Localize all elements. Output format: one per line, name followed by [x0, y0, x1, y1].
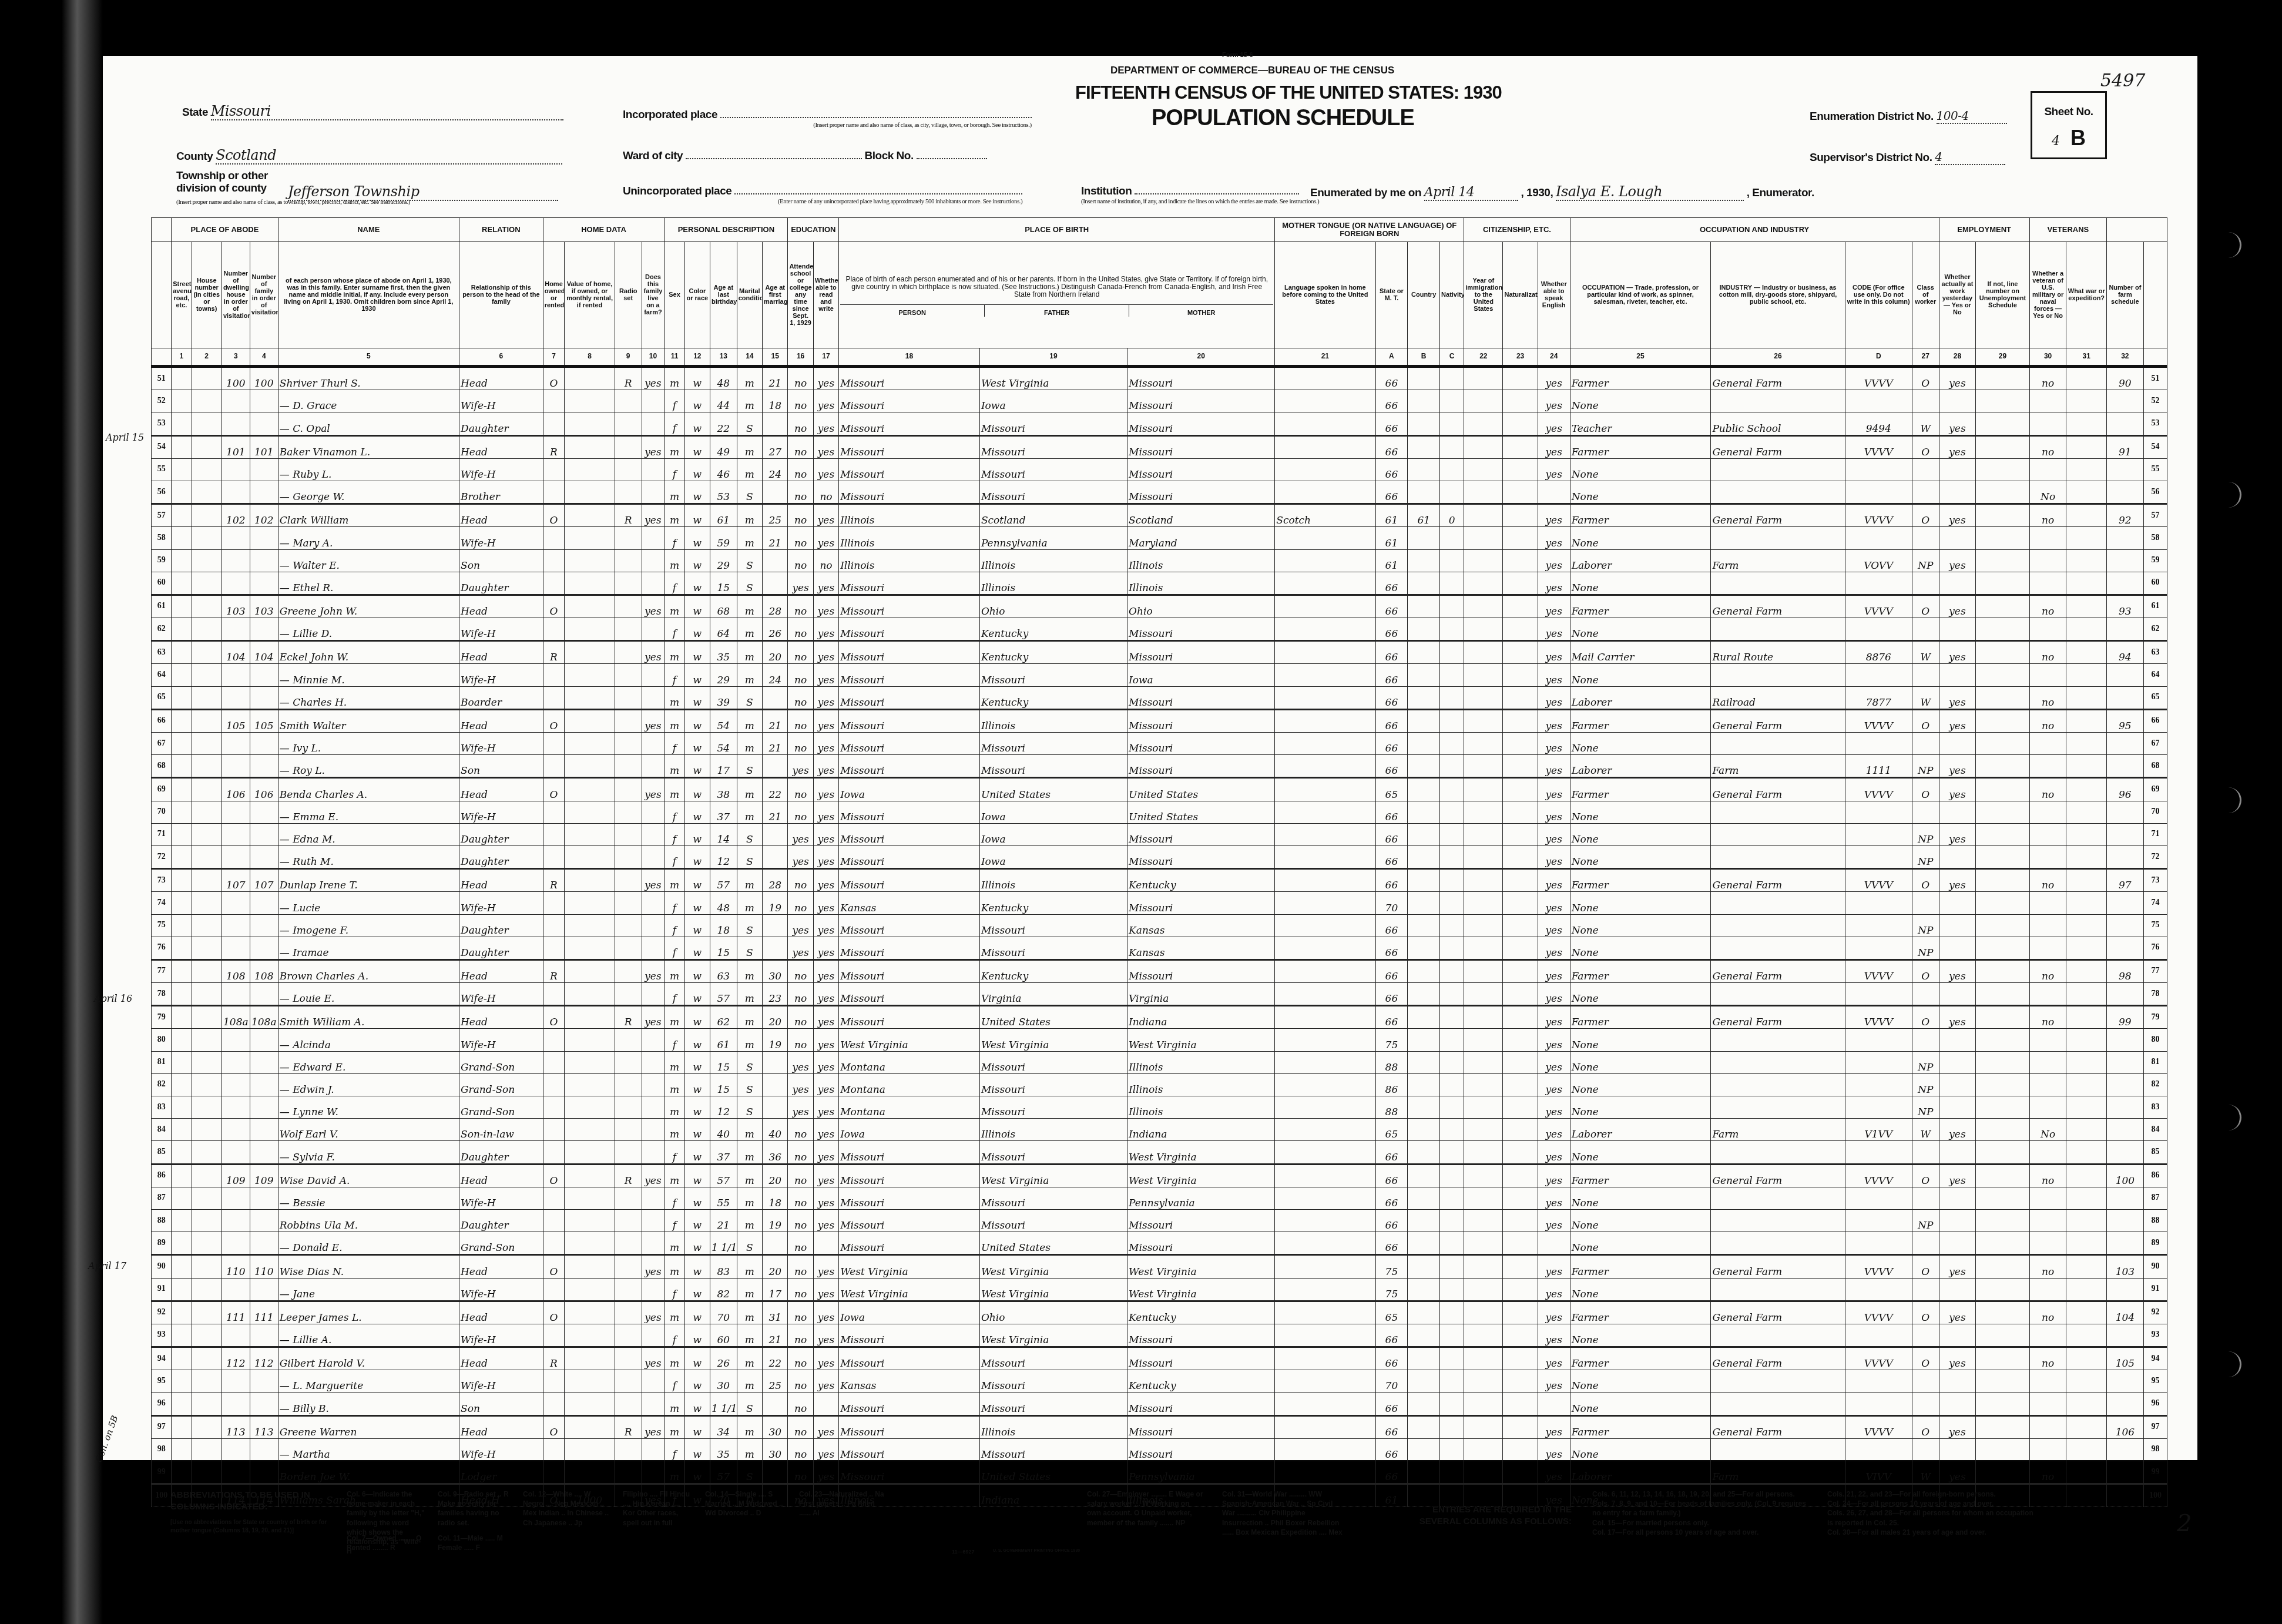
industry-cell — [1711, 1096, 1845, 1119]
school-cell: no — [788, 1370, 813, 1393]
sex-cell: m — [665, 481, 684, 504]
veteran-cell: no — [2029, 686, 2066, 709]
birthplace-father-cell: Missouri — [979, 1096, 1127, 1119]
birthplace-mother-cell: Missouri — [1127, 1415, 1275, 1438]
code-c-cell — [1440, 1278, 1464, 1301]
table-row: 73107107Dunlap Irene T.HeadRyesmw57m28no… — [152, 869, 2167, 892]
speak-english-cell: yes — [1538, 1051, 1570, 1073]
code-b-cell — [1408, 1484, 1440, 1507]
unemployment-line-cell — [1976, 937, 2029, 959]
marital-cell: m — [737, 1006, 762, 1029]
incorporated-field: Incorporated place (Insert proper name a… — [623, 109, 1032, 129]
school-cell: no — [788, 1119, 813, 1141]
family-number-cell: 100 — [250, 367, 278, 390]
home-value-cell — [565, 1438, 615, 1461]
birthplace-person-cell: Missouri — [839, 618, 980, 641]
veteran-cell: No — [2029, 1119, 2066, 1141]
line-number-right: 78 — [2143, 983, 2167, 1006]
code-a-cell: 66 — [1375, 367, 1408, 390]
class-of-worker-cell: NP — [1912, 549, 1939, 572]
war-cell — [2066, 1301, 2107, 1324]
naturalization-cell — [1503, 1415, 1538, 1438]
school-cell: yes — [788, 937, 813, 959]
family-number-cell — [250, 458, 278, 481]
farm-schedule-cell: 100 — [2106, 1164, 2143, 1187]
marital-cell: m — [737, 1415, 762, 1438]
birthplace-person-cell: Missouri — [839, 845, 980, 868]
code-c-cell — [1440, 686, 1464, 709]
at-work-cell: yes — [1939, 435, 1976, 458]
person-name-cell: Greene John W. — [278, 595, 459, 618]
unemployment-line-cell — [1976, 572, 2029, 595]
home-value-cell — [565, 367, 615, 390]
mother-tongue-cell — [1275, 892, 1375, 914]
immigration-year-cell — [1464, 892, 1503, 914]
birthplace-person-cell: Missouri — [839, 709, 980, 732]
home-owned-cell — [543, 1141, 565, 1164]
entries-list-left: Cols. 6, 11, 12, 13, 14, 16, 18, 19, 20,… — [1592, 1489, 1815, 1537]
occupation-code-cell — [1845, 845, 1912, 868]
at-work-cell — [1939, 983, 1976, 1006]
marital-cell: m — [737, 709, 762, 732]
read-write-cell — [813, 1232, 838, 1255]
race-cell: w — [684, 481, 710, 504]
birthplace-mother-cell: Missouri — [1127, 412, 1275, 435]
read-write-cell: yes — [813, 641, 838, 664]
street-cell — [172, 1324, 192, 1347]
birthplace-person-cell: Missouri — [839, 390, 980, 412]
birthplace-father-cell: Missouri — [979, 937, 1127, 959]
read-write-cell: yes — [813, 1119, 838, 1141]
age-cell: 37 — [710, 1141, 737, 1164]
age-first-marriage-cell — [763, 481, 788, 504]
age-first-marriage-cell — [763, 686, 788, 709]
relation-cell: Wife-H — [459, 664, 543, 686]
veteran-cell — [2029, 801, 2066, 823]
occupation-cell: None — [1570, 618, 1711, 641]
school-cell: no — [788, 435, 813, 458]
industry-cell — [1711, 1232, 1845, 1255]
birth-note: Place of birth of each person enumerated… — [840, 273, 1273, 301]
naturalization-cell — [1503, 1370, 1538, 1393]
table-row: 97113113Greene WarrenHeadORyesmw34m30noy… — [152, 1415, 2167, 1438]
race-cell: w — [684, 1164, 710, 1187]
farm-schedule-cell: 97 — [2106, 869, 2143, 892]
read-write-cell: yes — [813, 959, 838, 982]
col-header-3: Number of dwelling house in order of vis… — [222, 242, 250, 348]
class-of-worker-cell: O — [1912, 1006, 1939, 1029]
age-first-marriage-cell: 30 — [763, 1415, 788, 1438]
farm-cell — [642, 1232, 665, 1255]
line-number-right: 94 — [2143, 1347, 2167, 1370]
line-number-right: 89 — [2143, 1232, 2167, 1255]
unemployment-line-cell — [1976, 778, 2029, 801]
street-cell — [172, 1438, 192, 1461]
industry-cell: General Farm — [1711, 1164, 1845, 1187]
at-work-cell: yes — [1939, 869, 1976, 892]
home-value-cell — [565, 458, 615, 481]
home-owned-cell — [543, 914, 565, 937]
race-cell: w — [684, 937, 710, 959]
home-owned-cell — [543, 1393, 565, 1415]
code-b-cell — [1408, 1393, 1440, 1415]
code-b-cell — [1408, 1051, 1440, 1073]
county-value: Scotland — [216, 147, 562, 165]
immigration-year-cell — [1464, 733, 1503, 755]
read-write-cell: yes — [813, 618, 838, 641]
person-name-cell: Greene Warren — [278, 1415, 459, 1438]
age-cell: 38 — [710, 778, 737, 801]
house-number-cell — [192, 1141, 222, 1164]
code-a-cell: 66 — [1375, 983, 1408, 1006]
person-name-cell: — Edward E. — [278, 1051, 459, 1073]
person-name-cell: — Ruth M. — [278, 845, 459, 868]
home-value-cell — [565, 1347, 615, 1370]
dwelling-number-cell — [222, 1029, 250, 1051]
occupation-cell: None — [1570, 481, 1711, 504]
line-number-right: 74 — [2143, 892, 2167, 914]
line-number-right: 83 — [2143, 1096, 2167, 1119]
race-cell: w — [684, 367, 710, 390]
relation-cell: Head — [459, 504, 543, 527]
school-cell: no — [788, 481, 813, 504]
occupation-code-cell: VVVV — [1845, 1006, 1912, 1029]
race-cell: w — [684, 458, 710, 481]
at-work-cell: yes — [1939, 1164, 1976, 1187]
table-row: 55— Ruby L.Wife-Hfw46m24noyesMissouriMis… — [152, 458, 2167, 481]
age-first-marriage-cell: 25 — [763, 1370, 788, 1393]
unemployment-line-cell — [1976, 390, 2029, 412]
person-name-cell: Leeper James L. — [278, 1301, 459, 1324]
table-row: 67— Ivy L.Wife-Hfw54m21noyesMissouriMiss… — [152, 733, 2167, 755]
relation-cell: Daughter — [459, 412, 543, 435]
immigration-year-cell — [1464, 1073, 1503, 1096]
birthplace-person-cell: Missouri — [839, 983, 980, 1006]
class-of-worker-cell: O — [1912, 367, 1939, 390]
birthplace-person-cell: Missouri — [839, 481, 980, 504]
speak-english-cell: yes — [1538, 390, 1570, 412]
department-title: DEPARTMENT OF COMMERCE—BUREAU OF THE CEN… — [1110, 65, 1394, 76]
veteran-cell: no — [2029, 869, 2066, 892]
immigration-year-cell — [1464, 914, 1503, 937]
family-number-cell — [250, 549, 278, 572]
line-number: 64 — [152, 664, 172, 686]
age-first-marriage-cell: 20 — [763, 1164, 788, 1187]
radio-cell: R — [615, 504, 642, 527]
immigration-year-cell — [1464, 412, 1503, 435]
code-a-cell: 66 — [1375, 733, 1408, 755]
person-name-cell: Wise Dias N. — [278, 1255, 459, 1278]
veteran-cell — [2029, 937, 2066, 959]
farm-cell — [642, 1141, 665, 1164]
punch-hole — [2227, 787, 2241, 813]
marital-cell: S — [737, 845, 762, 868]
family-number-cell — [250, 937, 278, 959]
code-c-cell — [1440, 618, 1464, 641]
school-cell: no — [788, 1255, 813, 1278]
birthplace-father-cell: Iowa — [979, 845, 1127, 868]
speak-english-cell: yes — [1538, 1484, 1570, 1507]
industry-cell: General Farm — [1711, 504, 1845, 527]
occupation-code-cell: 7877 — [1845, 686, 1912, 709]
table-row: 63104104Eckel John W.HeadRyesmw35m20noye… — [152, 641, 2167, 664]
speak-english-cell: yes — [1538, 1301, 1570, 1324]
line-number-right: 87 — [2143, 1187, 2167, 1209]
birthplace-father-cell: Illinois — [979, 1119, 1127, 1141]
unemployment-line-cell — [1976, 1006, 2029, 1029]
home-value-cell — [565, 983, 615, 1006]
person-name-cell: — Walter E. — [278, 549, 459, 572]
dwelling-number-cell: 105 — [222, 709, 250, 732]
birthplace-father-cell: Illinois — [979, 709, 1127, 732]
mother-tongue-cell — [1275, 1187, 1375, 1209]
line-number: 68 — [152, 755, 172, 778]
naturalization-cell — [1503, 983, 1538, 1006]
naturalization-cell — [1503, 435, 1538, 458]
sheet-side: B — [2070, 126, 2086, 150]
marital-cell: m — [737, 1324, 762, 1347]
street-cell — [172, 390, 192, 412]
code-b-cell — [1408, 1187, 1440, 1209]
age-cell: 53 — [710, 481, 737, 504]
punch-hole — [2227, 482, 2241, 508]
age-cell: 12 — [710, 1096, 737, 1119]
person-name-cell: — Bessie — [278, 1187, 459, 1209]
occupation-cell: None — [1570, 1209, 1711, 1232]
home-value-cell — [565, 914, 615, 937]
person-name-cell: — George W. — [278, 481, 459, 504]
age-first-marriage-cell: 21 — [763, 527, 788, 549]
code-a-cell: 66 — [1375, 1324, 1408, 1347]
industry-cell — [1711, 1324, 1845, 1347]
relation-cell: Grand-Son — [459, 1232, 543, 1255]
institution-note: (Insert name of institution, if any, and… — [1081, 198, 1319, 205]
immigration-year-cell — [1464, 1347, 1503, 1370]
war-cell — [2066, 527, 2107, 549]
read-write-cell: yes — [813, 1301, 838, 1324]
table-row: 96— Billy B.Sonmw1 1/12SnoMissouriMissou… — [152, 1393, 2167, 1415]
occupation-code-cell — [1845, 1141, 1912, 1164]
person-name-cell: Baker Vinamon L. — [278, 435, 459, 458]
code-b-cell — [1408, 595, 1440, 618]
dwelling-number-cell — [222, 527, 250, 549]
at-work-cell — [1939, 481, 1976, 504]
class-of-worker-cell: O — [1912, 595, 1939, 618]
race-cell: w — [684, 1006, 710, 1029]
punch-hole — [2227, 1351, 2241, 1377]
radio-cell — [615, 1393, 642, 1415]
dwelling-number-cell — [222, 618, 250, 641]
unincorporated-field: Unincorporated place (Enter name of any … — [623, 185, 1022, 205]
industry-cell — [1711, 1209, 1845, 1232]
industry-cell — [1711, 664, 1845, 686]
relation-cell: Son-in-law — [459, 1119, 543, 1141]
code-b-cell — [1408, 481, 1440, 504]
at-work-cell — [1939, 1187, 1976, 1209]
birthplace-person-cell: Missouri — [839, 412, 980, 435]
marital-cell: m — [737, 435, 762, 458]
home-owned-cell — [543, 801, 565, 823]
mother-tongue-cell — [1275, 390, 1375, 412]
immigration-year-cell — [1464, 641, 1503, 664]
abbrev-title: ABBREVIATIONS TO BE USED IN COLUMNS INDI… — [170, 1489, 335, 1514]
farm-cell: yes — [642, 778, 665, 801]
farm-schedule-cell — [2106, 686, 2143, 709]
state-field: State Missouri — [182, 103, 563, 120]
margin-date-april-17: April 17 — [88, 1260, 126, 1271]
person-name-cell: — Jane — [278, 1278, 459, 1301]
dwelling-number-cell — [222, 412, 250, 435]
home-owned-cell — [543, 1029, 565, 1051]
house-number-cell — [192, 1255, 222, 1278]
house-number-cell — [192, 1029, 222, 1051]
birthplace-mother-cell: West Virginia — [1127, 1141, 1275, 1164]
table-row: 75— Imogene F.Daughterfw18SyesyesMissour… — [152, 914, 2167, 937]
birthplace-person-cell: Missouri — [839, 1415, 980, 1438]
radio-cell: R — [615, 1006, 642, 1029]
occupation-code-cell: V1VV — [1845, 1119, 1912, 1141]
speak-english-cell: yes — [1538, 618, 1570, 641]
col-num: 14 — [737, 348, 762, 367]
sheet-label: Sheet No. — [2032, 106, 2105, 119]
farm-schedule-cell — [2106, 801, 2143, 823]
naturalization-cell — [1503, 1051, 1538, 1073]
relation-cell: Wife-H — [459, 733, 543, 755]
race-cell: w — [684, 549, 710, 572]
col-num: 31 — [2066, 348, 2107, 367]
marital-cell: m — [737, 595, 762, 618]
age-first-marriage-cell — [763, 1461, 788, 1484]
school-cell: yes — [788, 1096, 813, 1119]
at-work-cell — [1939, 1278, 1976, 1301]
home-owned-cell — [543, 1324, 565, 1347]
abbrev-col12: Col. 12—White .... W Negro .... Neg Mexi… — [523, 1489, 611, 1528]
industry-cell: General Farm — [1711, 1415, 1845, 1438]
birthplace-person-cell: Missouri — [839, 1187, 980, 1209]
speak-english-cell: yes — [1538, 983, 1570, 1006]
street-cell — [172, 869, 192, 892]
race-cell: w — [684, 618, 710, 641]
occupation-cell: Farmer — [1570, 1301, 1711, 1324]
farm-schedule-cell — [2106, 1324, 2143, 1347]
occupation-code-cell: VVVV — [1845, 869, 1912, 892]
radio-cell — [615, 983, 642, 1006]
marital-cell: S — [737, 412, 762, 435]
person-name-cell: — Minnie M. — [278, 664, 459, 686]
family-number-cell — [250, 1370, 278, 1393]
code-b-cell — [1408, 755, 1440, 778]
race-cell: w — [684, 435, 710, 458]
dwelling-number-cell — [222, 390, 250, 412]
age-first-marriage-cell — [763, 1232, 788, 1255]
at-work-cell — [1939, 1370, 1976, 1393]
home-value-cell — [565, 869, 615, 892]
race-cell: w — [684, 641, 710, 664]
farm-schedule-cell — [2106, 733, 2143, 755]
line-number: 86 — [152, 1164, 172, 1187]
race-cell: w — [684, 1278, 710, 1301]
code-c-cell — [1440, 1415, 1464, 1438]
farm-schedule-cell — [2106, 572, 2143, 595]
speak-english-cell: yes — [1538, 869, 1570, 892]
marital-cell: S — [737, 1232, 762, 1255]
unemployment-line-cell — [1976, 845, 2029, 868]
age-cell: 40 — [710, 1119, 737, 1141]
birthplace-father-cell: Scotland — [979, 504, 1127, 527]
marital-cell: m — [737, 1164, 762, 1187]
family-number-cell — [250, 1051, 278, 1073]
war-cell — [2066, 914, 2107, 937]
industry-cell — [1711, 892, 1845, 914]
occupation-code-cell: VVVV — [1845, 1255, 1912, 1278]
table-row: 71— Edna M.Daughterfw14SyesyesMissouriIo… — [152, 823, 2167, 845]
occupation-code-cell: VVVV — [1845, 709, 1912, 732]
immigration-year-cell — [1464, 959, 1503, 982]
birthplace-mother-cell: Kansas — [1127, 914, 1275, 937]
home-owned-cell — [543, 892, 565, 914]
family-number-cell — [250, 412, 278, 435]
birthplace-mother-cell: Kentucky — [1127, 869, 1275, 892]
marital-cell: m — [737, 618, 762, 641]
at-work-cell: yes — [1939, 549, 1976, 572]
radio-cell: R — [615, 1415, 642, 1438]
sex-cell: f — [665, 458, 684, 481]
age-cell: 55 — [710, 1187, 737, 1209]
war-cell — [2066, 1484, 2107, 1507]
age-cell: 34 — [710, 1415, 737, 1438]
race-cell: w — [684, 1051, 710, 1073]
home-owned-cell — [543, 686, 565, 709]
radio-cell: R — [615, 367, 642, 390]
radio-cell — [615, 1370, 642, 1393]
age-first-marriage-cell: 21 — [763, 733, 788, 755]
code-a-cell: 86 — [1375, 1073, 1408, 1096]
race-cell: w — [684, 527, 710, 549]
birthplace-father-cell: Kentucky — [979, 959, 1127, 982]
age-cell: 30 — [710, 1370, 737, 1393]
farm-cell: yes — [642, 869, 665, 892]
street-cell — [172, 1051, 192, 1073]
sex-cell: m — [665, 367, 684, 390]
code-c-cell — [1440, 1187, 1464, 1209]
house-number-cell — [192, 572, 222, 595]
race-cell: w — [684, 914, 710, 937]
radio-cell — [615, 755, 642, 778]
class-of-worker-cell — [1912, 390, 1939, 412]
veteran-cell — [2029, 1209, 2066, 1232]
farm-cell — [642, 1119, 665, 1141]
immigration-year-cell — [1464, 1187, 1503, 1209]
ward-field: Ward of city Block No. — [623, 150, 987, 163]
at-work-cell — [1939, 618, 1976, 641]
line-number: 69 — [152, 778, 172, 801]
veteran-cell: no — [2029, 1006, 2066, 1029]
family-number-cell — [250, 527, 278, 549]
school-cell: no — [788, 1187, 813, 1209]
unemployment-line-cell — [1976, 1141, 2029, 1164]
age-cell: 54 — [710, 709, 737, 732]
at-work-cell: yes — [1939, 823, 1976, 845]
family-number-cell — [250, 664, 278, 686]
unemployment-line-cell — [1976, 367, 2029, 390]
farm-schedule-cell — [2106, 755, 2143, 778]
birthplace-father-cell: Missouri — [979, 1209, 1127, 1232]
home-owned-cell — [543, 664, 565, 686]
marital-cell: S — [737, 937, 762, 959]
marital-cell: S — [737, 1096, 762, 1119]
class-of-worker-cell — [1912, 1029, 1939, 1051]
birthplace-person-cell: Missouri — [839, 686, 980, 709]
